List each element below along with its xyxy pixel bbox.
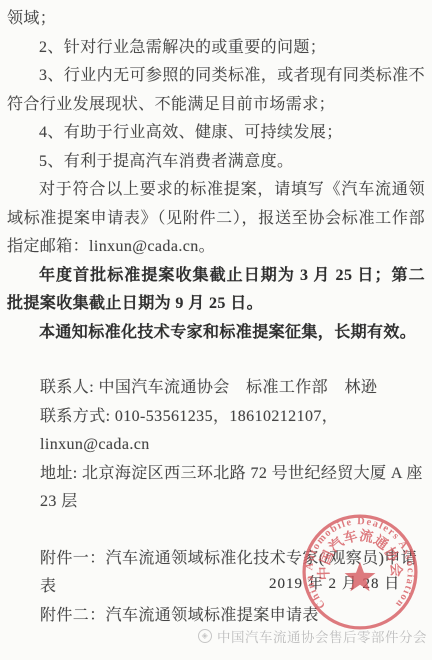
contact-person-line: 联系人: 中国汽车流通协会 标准工作部 林逊 (40, 374, 425, 403)
notice-body: 领域； 2、针对行业急需解决的或重要的问题； 3、行业内无可参照的同类标准，或者… (7, 5, 425, 347)
paragraph-validity: 本通知标准化技术专家和标准提案征集，长期有效。 (7, 319, 425, 348)
list-item-5: 5、有利于提高汽车消费者满意度。 (7, 148, 425, 177)
contact-block: 联系人: 中国汽车流通协会 标准工作部 林逊 联系方式: 010-5356123… (7, 374, 425, 517)
paragraph-submission-instructions: 对于符合以上要求的标准提案，请填写《汽车流通领域标准提案申请表》（见附件二），报… (7, 176, 425, 262)
contact-address-line: 地址: 北京海淀区西三环北路 72 号世纪经贸大厦 A 座 23 层 (40, 460, 425, 517)
paragraph-continuation: 领域； (7, 5, 425, 34)
list-item-4: 4、有助于行业高效、健康、可持续发展； (7, 119, 425, 148)
contact-phone-line: 联系方式: 010-53561235，18610212107，linxun@ca… (40, 403, 425, 460)
issue-date: 2019 年 2 月 28 日 (269, 572, 400, 593)
list-item-2: 2、针对行业急需解决的或重要的问题； (7, 34, 425, 63)
footer-watermark: ◈ 中国汽车流通协会售后零部件分会 (198, 626, 427, 646)
list-item-3: 3、行业内无可参照的同类标准，或者现有同类标准不符合行业发展现状、不能满足目前市… (7, 62, 425, 119)
scanned-notice-page: 领域； 2、针对行业急需解决的或重要的问题； 3、行业内无可参照的同类标准，或者… (0, 0, 432, 660)
footer-caption: 中国汽车流通协会售后零部件分会 (217, 626, 427, 646)
paragraph-deadlines: 年度首批标准提案收集截止日期为 3 月 25 日；第二批提案收集截止日期为 9 … (7, 262, 425, 319)
association-logo-icon: ◈ (198, 629, 212, 643)
